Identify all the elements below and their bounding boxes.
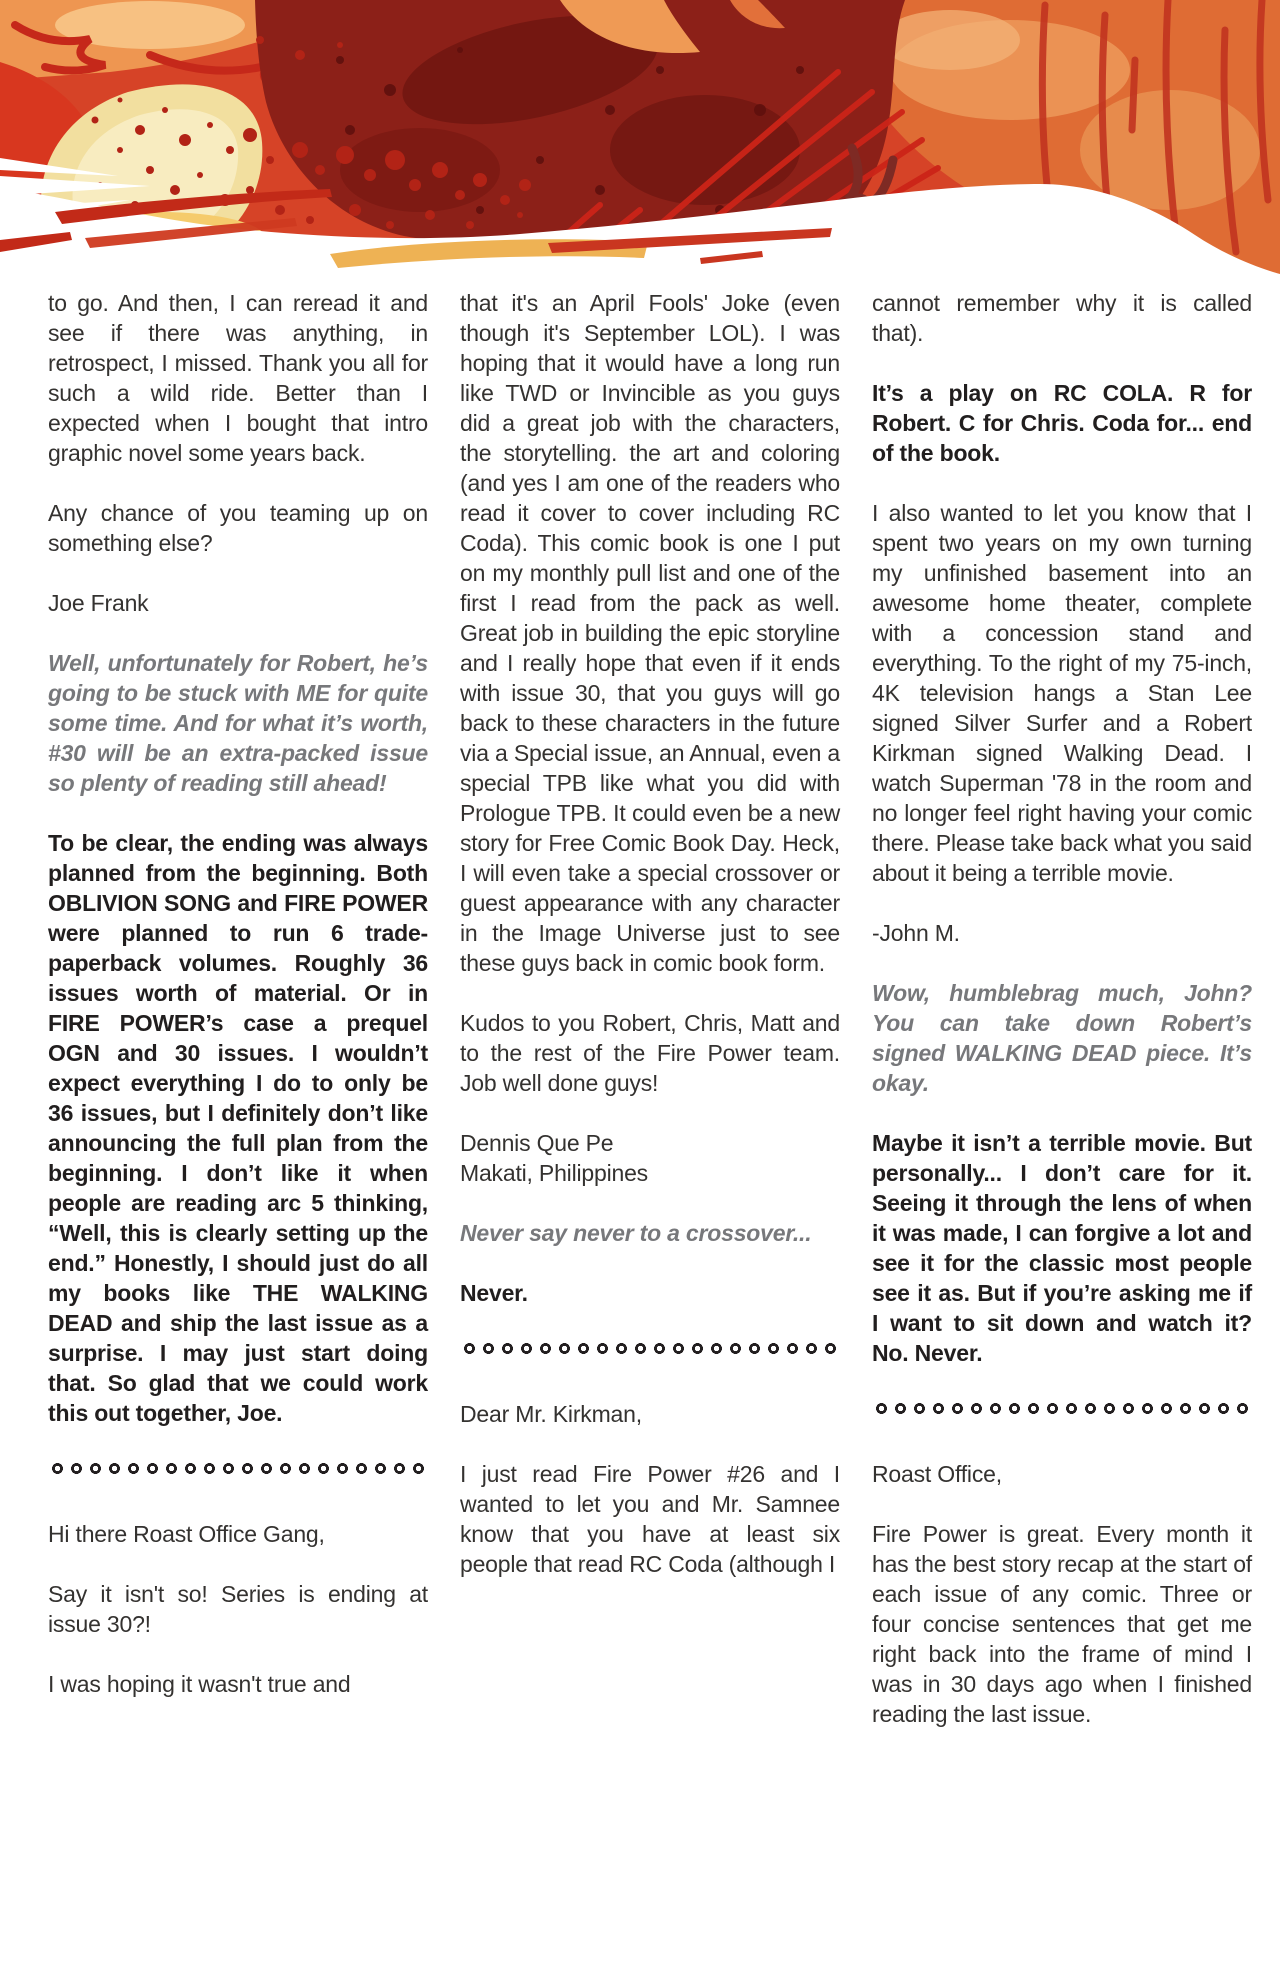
letter-paragraph: Hi there Roast Office Gang, [48, 1519, 428, 1549]
editor-reply-intro: Never say never to a crossover... [460, 1218, 840, 1248]
editor-reply: Maybe it isn’t a terrible movie. But per… [872, 1128, 1252, 1368]
letters-page: to go. And then, I can reread it and see… [0, 0, 1280, 1968]
circle-divider [48, 1462, 428, 1475]
letter-paragraph: Dear Mr. Kirkman, [460, 1399, 840, 1429]
column-3: cannot remember why it is called that). … [872, 288, 1252, 1759]
letters-content: to go. And then, I can reread it and see… [0, 278, 1280, 1799]
letter-paragraph: cannot remember why it is called that). [872, 288, 1252, 348]
header-paint-artwork [0, 0, 1280, 278]
letter-signature: Joe Frank [48, 588, 428, 618]
letter-paragraph: that it's an April Fools' Joke (even tho… [460, 288, 840, 978]
letter-paragraph: to go. And then, I can reread it and see… [48, 288, 428, 468]
circle-divider [460, 1342, 840, 1355]
circle-divider [872, 1402, 1252, 1415]
editor-reply: It’s a play on RC COLA. R for Robert. C … [872, 378, 1252, 468]
letter-paragraph: Any chance of you teaming up on somethin… [48, 498, 428, 558]
editor-reply: Never. [460, 1278, 840, 1308]
letter-paragraph: Fire Power is great. Every month it has … [872, 1519, 1252, 1729]
letter-paragraph: I was hoping it wasn't true and [48, 1669, 428, 1699]
column-2: that it's an April Fools' Joke (even tho… [460, 288, 840, 1759]
letter-paragraph: Say it isn't so! Series is ending at iss… [48, 1579, 428, 1639]
letter-signature: Dennis Que Pe Makati, Philippines [460, 1128, 840, 1188]
letter-paragraph: Roast Office, [872, 1459, 1252, 1489]
letter-paragraph: I also wanted to let you know that I spe… [872, 498, 1252, 888]
letter-signature: -John M. [872, 918, 1252, 948]
editor-reply-intro: Wow, humblebrag much, John? You can take… [872, 978, 1252, 1098]
column-1: to go. And then, I can reread it and see… [48, 288, 428, 1759]
letter-paragraph: I just read Fire Power #26 and I wanted … [460, 1459, 840, 1579]
letter-paragraph: Kudos to you Robert, Chris, Matt and to … [460, 1008, 840, 1098]
editor-reply-intro: Well, unfortunately for Robert, he’s goi… [48, 648, 428, 798]
editor-reply: To be clear, the ending was always plann… [48, 828, 428, 1428]
